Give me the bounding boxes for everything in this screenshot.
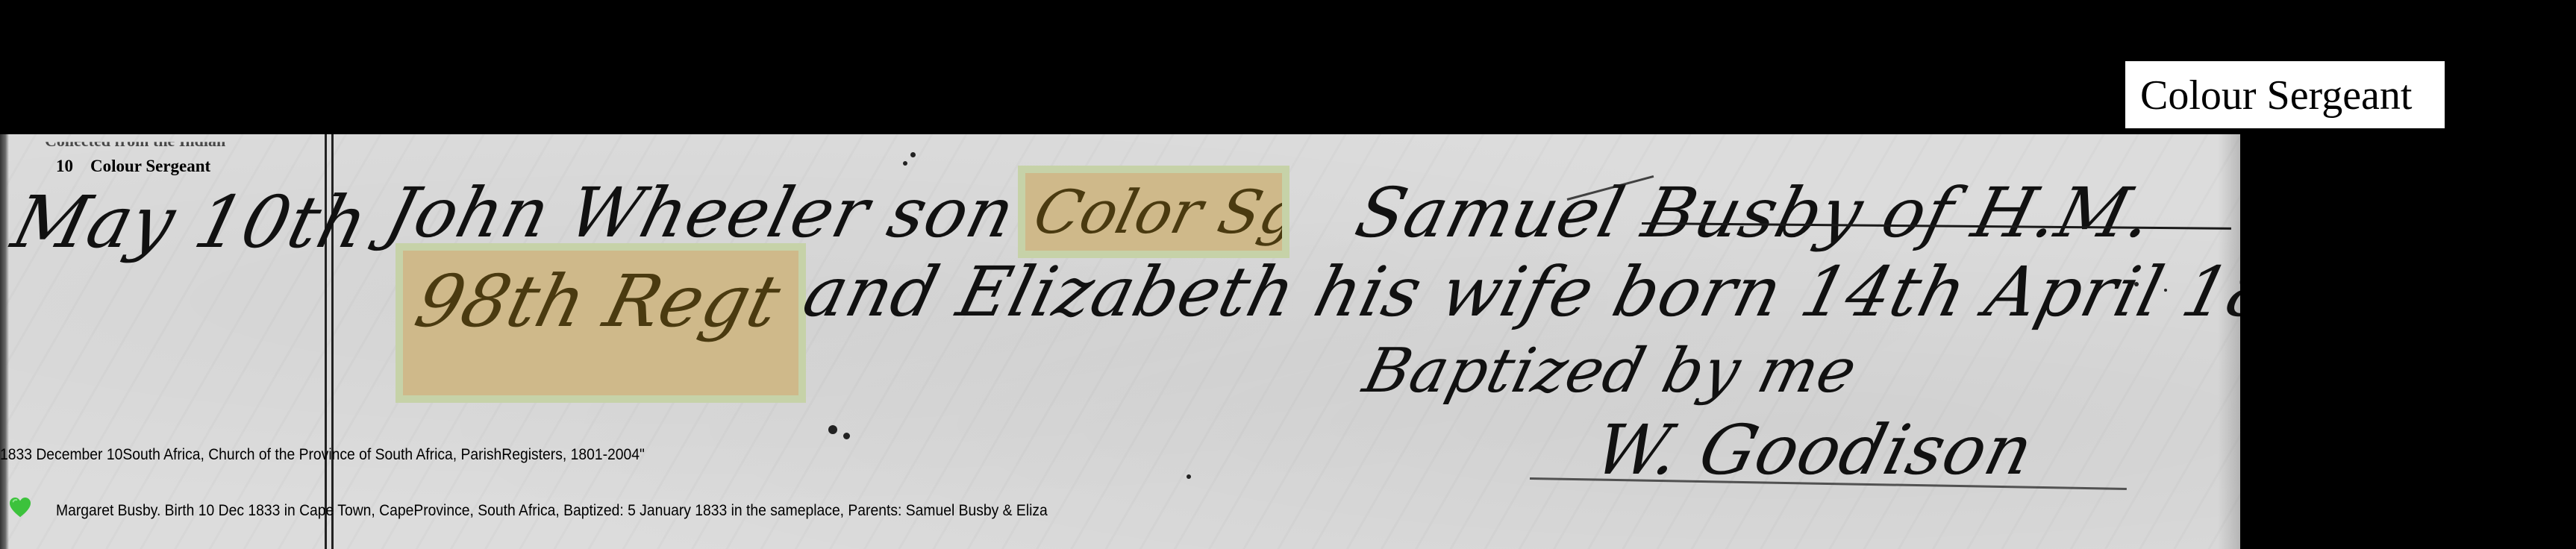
ink-speck — [910, 152, 916, 157]
highlight-text: 98th Regt — [407, 260, 788, 343]
ink-speck — [2164, 289, 2167, 292]
handwritten-signature: W. Goodison — [1587, 410, 2042, 490]
highlight-color-sgt: Color Sgt — [1018, 166, 1289, 258]
entry-rank: Colour Sergeant — [90, 157, 210, 175]
source-citation: 1833 December 10South Africa, Church of … — [0, 446, 645, 464]
entry-overlay-label: 10 Colour Sergeant — [56, 157, 210, 176]
ink-speck — [1187, 474, 1191, 479]
title-label: Colour Sergeant — [2140, 72, 2412, 119]
handwritten-line1-rest: Samuel Busby of H.M. — [1348, 173, 2162, 253]
faint-header-text: Collected from the Indian — [45, 134, 225, 151]
highlight-text: Color Sgt — [1027, 178, 1282, 247]
ink-speck — [2134, 282, 2139, 286]
handwritten-date: May 10th — [4, 181, 377, 264]
handwritten-baptized: Baptized by me — [1357, 336, 1864, 407]
handwritten-line1: John Wheeler son of — [378, 173, 1114, 253]
handwritten-line2: and Elizabeth his wife born 14th April 1… — [796, 252, 2240, 332]
highlight-98th-regt: 98th Regt — [396, 243, 806, 403]
ink-speck — [843, 433, 850, 439]
birth-record-summary: Margaret Busby. Birth 10 Dec 1833 in Cap… — [56, 502, 1048, 520]
page-edge-right — [2218, 134, 2240, 549]
entry-number: 10 — [56, 157, 73, 175]
title-box: Colour Sergeant — [2125, 61, 2445, 128]
ink-speck — [828, 425, 837, 434]
green-heart-icon — [9, 497, 31, 519]
register-document-image: Collected from the Indian 10 Colour Serg… — [0, 134, 2240, 549]
ink-speck — [903, 161, 907, 166]
page-edge-left — [0, 134, 9, 549]
